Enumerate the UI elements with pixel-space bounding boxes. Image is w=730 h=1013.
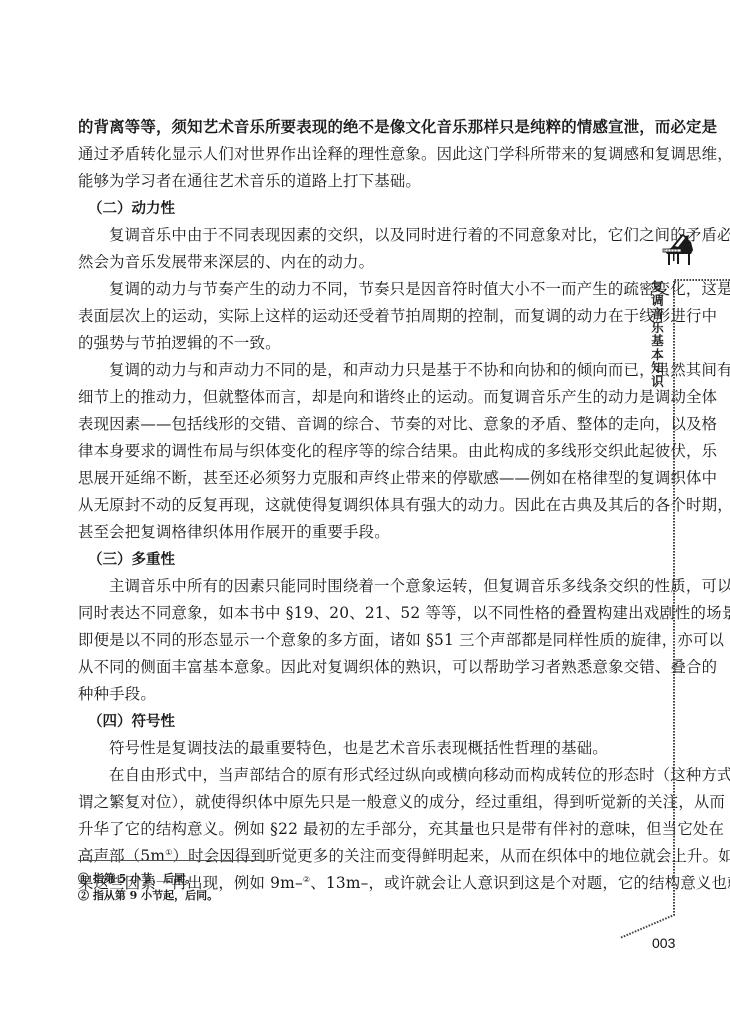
section-heading-multiplicity: （三）多重性	[78, 546, 630, 573]
text-line: 谓之繁复对位），就使得织体中原先只是一般意义的成分，经过重组，得到听觉新的关注，…	[78, 789, 630, 816]
side-label-char: 调	[650, 294, 665, 308]
chapter-side-label: 复 调 音 乐 基 本 知 识	[650, 280, 665, 388]
text-line: 从无原封不动的反复再现，这就使得复调织体具有强大的动力。因此在古典及其后的各个时…	[78, 492, 630, 519]
side-label-char: 音	[650, 307, 665, 321]
text-segment: ）时会因得到听觉更多的关注而变得鲜明起来，从而在织体中的地位就会上升。如	[173, 847, 730, 865]
footnote-1: ① 指第 5 小节，后同。	[78, 870, 218, 887]
text-segment: 、13m–，或许就会让人意识到这是个对题，它的结构意义也就	[310, 874, 730, 892]
text-line: 律本身要求的调性布局与织体变化的程序等的综合结果。由此构成的多线形交织此起彼伏，…	[78, 438, 630, 465]
book-page: 的背离等等，须知艺术音乐所要表现的绝不是像文化音乐那样只是纯粹的情感宣泄，而必定…	[0, 0, 730, 1013]
body-text: 的背离等等，须知艺术音乐所要表现的绝不是像文化音乐那样只是纯粹的情感宣泄，而必定…	[78, 114, 630, 897]
text-line: 高声部（5m①）时会因得到听觉更多的关注而变得鲜明起来，从而在织体中的地位就会上…	[78, 843, 630, 870]
text-line: 同时表达不同意象，如本书中 §19、20、21、52 等等，以不同性格的叠置构建…	[78, 600, 630, 627]
side-label-char: 乐	[650, 321, 665, 335]
section-heading-dynamics: （二）动力性	[78, 195, 630, 222]
text-line: 的强势与节拍逻辑的不一致。	[78, 330, 630, 357]
text-line: 能够为学习者在通往艺术音乐的道路上打下基础。	[78, 168, 630, 195]
side-label-char: 本	[650, 348, 665, 362]
text-line: 的背离等等，须知艺术音乐所要表现的绝不是像文化音乐那样只是纯粹的情感宣泄，而必定…	[78, 114, 630, 141]
footnote-2: ② 指从第 9 小节起，后同。	[78, 887, 218, 904]
text-line: 升华了它的结构意义。例如 §22 最初的左手部分，充其量也只是带有伴衬的意味，但…	[78, 816, 630, 843]
text-line: 然会为音乐发展带来深层的、内在的动力。	[78, 249, 630, 276]
text-line: 思展开延绵不断，甚至还必须努力克服和声终止带来的停歇感——例如在格律型的复调织体…	[78, 465, 630, 492]
text-line: 在自由形式中，当声部结合的原有形式经过纵向或横向移动而构成转位的形态时（这种方式	[78, 762, 630, 789]
text-line: 主调音乐中所有的因素只能同时围绕着一个意象运转，但复调音乐多线条交织的性质，可以	[78, 573, 630, 600]
side-label-char: 复	[650, 280, 665, 294]
text-line: 即便是以不同的形态显示一个意象的多方面，诸如 §51 三个声部都是同样性质的旋律…	[78, 627, 630, 654]
grand-piano-icon	[655, 228, 699, 272]
text-line: 从不同的侧面丰富基本意象。因此对复调织体的熟识，可以帮助学习者熟悉意象交错、叠合…	[78, 654, 630, 681]
side-label-char: 基	[650, 334, 665, 348]
text-line: 符号性是复调技法的最重要特色，也是艺术音乐表现概括性哲理的基础。	[78, 735, 630, 762]
text-line: 通过矛盾转化显示人们对世界作出诠释的理性意象。因此这门学科所带来的复调感和复调思…	[78, 141, 630, 168]
page-number: 003	[652, 935, 675, 951]
footnotes: ① 指第 5 小节，后同。 ② 指从第 9 小节起，后同。	[78, 870, 218, 904]
footnote-divider	[78, 860, 273, 861]
footnote-ref-1[interactable]: ①	[165, 848, 172, 857]
text-line: 复调音乐中由于不同表现因素的交织，以及同时进行着的不同意象对比，它们之间的矛盾必	[78, 222, 630, 249]
text-line: 表现因素——包括线形的交错、音调的综合、节奏的对比、意象的矛盾、整体的走向，以及…	[78, 411, 630, 438]
text-line: 表面层次上的运动，实际上这样的运动还受着节拍周期的控制，而复调的动力在于线形进行…	[78, 303, 630, 330]
side-label-char: 知	[650, 361, 665, 375]
text-line: 甚至会把复调格律织体用作展开的重要手段。	[78, 519, 630, 546]
text-segment: 高声部（5m	[78, 847, 165, 865]
text-line: 细节上的推动力，但就整体而言，却是向和谐终止的运动。而复调音乐产生的动力是调动全…	[78, 384, 630, 411]
text-line: 复调的动力与和声动力不同的是，和声动力只是基于不协和向协和的倾向而已，虽然其间有	[78, 357, 630, 384]
text-line: 复调的动力与节奏产生的动力不同，节奏只是因音符时值大小不一而产生的疏密变化，这是	[78, 276, 630, 303]
text-line: 种种手段。	[78, 681, 630, 708]
section-heading-symbolism: （四）符号性	[78, 708, 630, 735]
side-label-char: 识	[650, 375, 665, 389]
